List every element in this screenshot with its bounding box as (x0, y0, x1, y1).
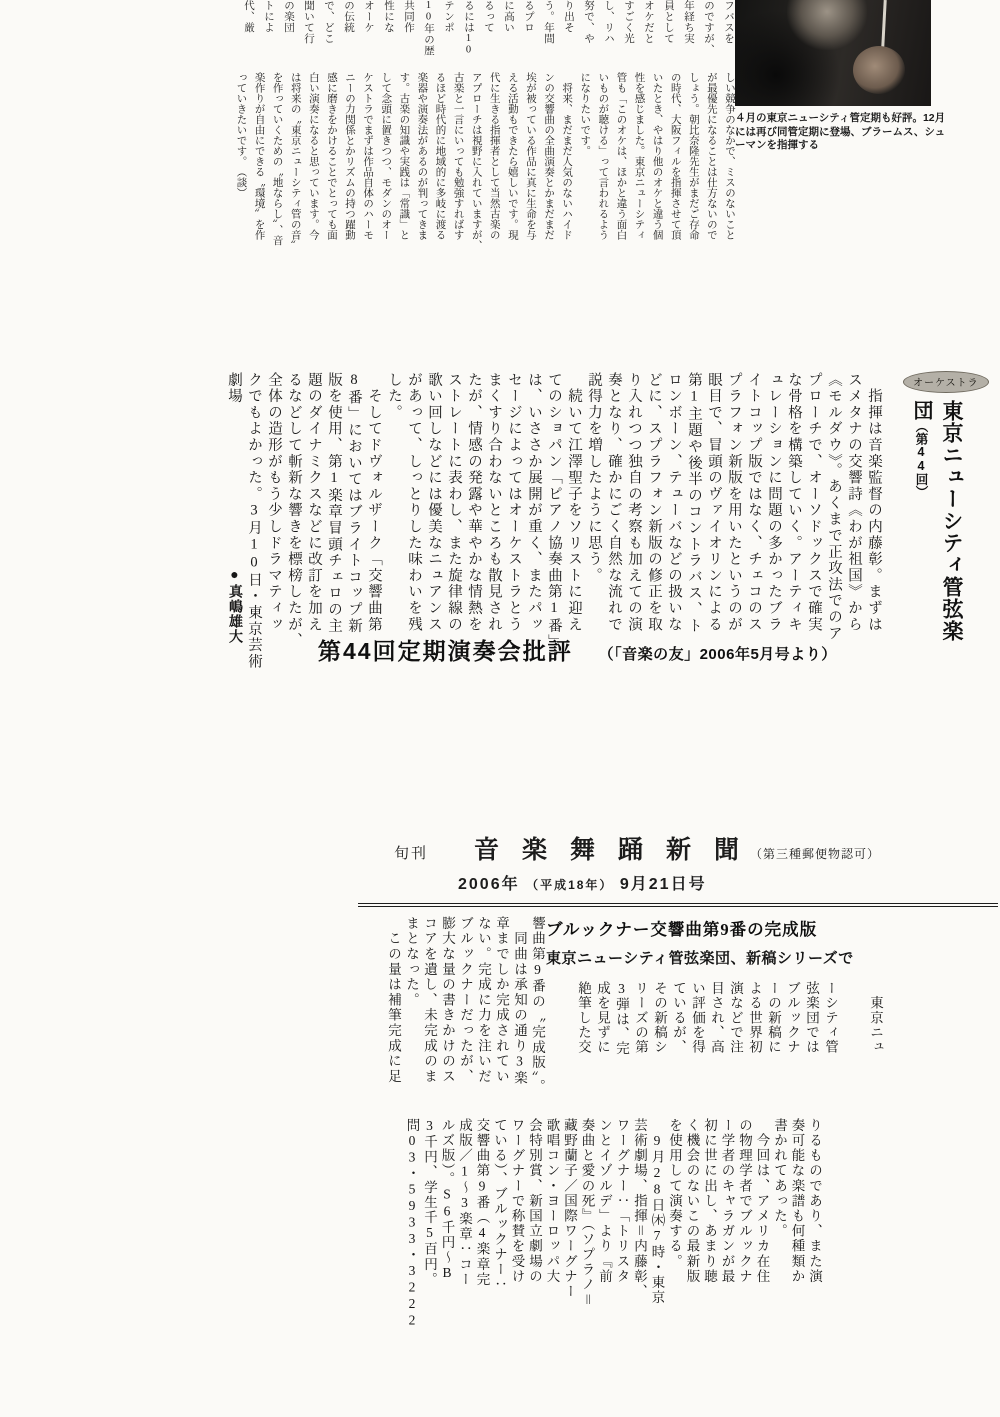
text-column: は将来の〝東京ニューシティ管の音〟 (286, 72, 304, 250)
text-column: 章までしか完成されてい (492, 916, 510, 1114)
text-column: ンとイゾルデ」より『前 (596, 1118, 614, 1310)
cutoff-column: のですが、 (698, 0, 718, 58)
text-column: 版を使用、第1楽章冒頭チェロの主 (324, 372, 344, 644)
text-column: な骨格を構築していく。アーティキ (784, 372, 804, 644)
text-column: して念頭に置きつつ、モダンのオー (376, 72, 394, 250)
hand-shape (853, 46, 905, 94)
text-column: 性を感じました。東京ニューシティ (629, 72, 647, 250)
text-column: い評価を得 (688, 981, 707, 1061)
cutoff-column: テンポ (438, 0, 458, 58)
text-column: セージによってはオーケストラとう (504, 372, 524, 644)
text-column: の時代、大阪フィルを指揮させて頂 (666, 72, 684, 250)
text-column: 奏曲と愛の死』（ソプラノ＝ (578, 1118, 596, 1310)
orchestra-badge: オーケストラ (903, 371, 989, 393)
text-column: ブルックナーだったが、 (456, 916, 474, 1114)
issue-day: 9月21日号 (620, 876, 707, 893)
cutoff-column: 共同作 (398, 0, 418, 58)
text-column: しょう。朝比奈隆先生がまだご存命 (684, 72, 702, 250)
issue-era: （平成18年） (526, 878, 613, 892)
cutoff-column: 努で、や (578, 0, 598, 58)
text-column: ワーグナー：「トリスタ (613, 1118, 631, 1310)
text-column: 古楽と一言にいっても勉強すればす (449, 72, 467, 250)
text-column: ている）、ブルックナー： (491, 1118, 509, 1310)
text-column: ーの新稿に (764, 981, 783, 1061)
text-column: まとなった。 (402, 916, 420, 1114)
conductor-photo (735, 0, 931, 106)
text-column: す。古楽の知識や実践は「常識」と (394, 72, 412, 250)
text-column: リーズの第 (631, 981, 650, 1061)
text-column: 楽器や演奏法があるのが判ってきま (412, 72, 430, 250)
masthead-row: 旬刊 音楽舞踊新聞 （第三種郵便物認可） (358, 830, 998, 866)
text-column: 同曲は承知の通り3楽 (510, 916, 528, 1114)
text-column: 弦楽団では (802, 981, 821, 1061)
text-column: ない。完成に力を注いだ (474, 916, 492, 1114)
newspaper-masthead: 音楽舞踊新聞 (474, 830, 762, 866)
text-column: 3弾は、完 (612, 981, 631, 1061)
masthead-divider-rule (358, 903, 998, 907)
text-column: 芸術劇場、指揮＝内藤彰、 (631, 1118, 649, 1310)
cutoff-column: オーケ (358, 0, 378, 58)
text-column: の物理学者でブルックナ (736, 1118, 754, 1310)
text-column: るほど時代的に地域的に多岐に渡る (430, 72, 448, 250)
text-column: そしてドヴォルザーク「交響曲第 (364, 372, 384, 644)
text-column: まくすり合わないところも散見され (484, 372, 504, 644)
cutoff-column: 代、厳 (238, 0, 258, 58)
newspaper-clipping: 旬刊 音楽舞踊新聞 （第三種郵便物認可） 2006年 （平成18年） 9月21日… (358, 830, 998, 1310)
text-column: があって、しっとりした味わいを残 (404, 372, 424, 644)
cutoff-column: るには10 (458, 0, 478, 58)
orchestra-name-line2: 団 (910, 400, 932, 420)
text-column: 8番」においてはブライトコップ新 (344, 372, 364, 644)
postal-approval-note: （第三種郵便物認可） (750, 845, 880, 862)
text-column: 感に磨きをかけることでとっても面 (322, 72, 340, 250)
article-subheadline: 東京ニューシティ管弦楽団、新稿シリーズで (546, 947, 885, 968)
review-text-band: 指揮は音楽監督の内藤彰。まずはスメタナの交響詩《わが祖国》から《モルダウ》。あく… (222, 372, 884, 644)
cutoff-column: の伝統 (338, 0, 358, 58)
text-column: 交響曲第9番（4楽章完 (473, 1118, 491, 1310)
text-column: プラフォン新版を用いたというのが (724, 372, 744, 644)
text-column: 膨大な量の書きかけのス (438, 916, 456, 1114)
text-column: を使用して演奏する。 (666, 1118, 684, 1310)
text-column: 第1主題や後半のコントラバス、ト (684, 372, 704, 644)
text-column: その新稿シ (650, 981, 669, 1061)
text-column: ワーグナーで称賛を受け (508, 1118, 526, 1310)
text-column: ルズ版）。S6千円～B (438, 1118, 456, 1310)
text-column: スメタナの交響詩《わが祖国》から (844, 372, 864, 644)
cutoff-column: 性にな (378, 0, 398, 58)
cutoff-column: るって (478, 0, 498, 58)
text-column: クでもよかった。3月10日・東京芸術 (244, 372, 264, 644)
article-lead-columns: 東京ニューシティ管弦楽団ではブルックナーの新稿による世界初演などで注目され、高い… (546, 981, 885, 1061)
text-column: 続いて江澤聖子をソリストに迎え (564, 372, 584, 644)
text-column: いたとき、やはり他のオケと違う個 (648, 72, 666, 250)
text-column: は、いささか展開が重く、またパッ (524, 372, 544, 644)
text-column: アプローチは視野に入れていますが、 (467, 72, 485, 250)
cutoff-column: るプロ (518, 0, 538, 58)
text-column: が最優先になることは仕方ないので (702, 72, 720, 250)
reviewer-byline: ●真嶋雄大 (224, 568, 244, 644)
orchestra-name-line1: 東京ニューシティ管弦楽 (940, 400, 963, 642)
text-column: 成を見ずに (593, 981, 612, 1061)
text-column: 代に生きる指揮者として当然古楽の (485, 72, 503, 250)
text-column: 3千円、学生千5百円。 (421, 1118, 439, 1310)
text-column: 今回は、アメリカ在住 (753, 1118, 771, 1310)
cutoff-column-band: ンティ管フバスをのですが、年経ち実員としてオケだとすごく光し、リハ努で、やり出そ… (233, 0, 758, 58)
text-column: 絶筆した交 (574, 981, 593, 1061)
text-column: 書かれてあった。 (771, 1118, 789, 1310)
article-upper-block: 響曲第9番の〝完成版〟。 同曲は承知の通り3楽章までしか完成されていない。完成に… (378, 916, 885, 1114)
text-column: ュレーションに問題の多かったブラ (764, 372, 784, 644)
cutoff-column: トによ (258, 0, 278, 58)
concert-number: （第44回） (914, 420, 928, 498)
publication-frequency: 旬刊 (394, 842, 428, 863)
text-column: 《モルダウ》。あくまで正攻法でのア (824, 372, 844, 644)
text-column: 奏となり、確かにごく自然な流れで (604, 372, 624, 644)
text-column: いものが聴ける」って言われるよう (593, 72, 611, 250)
orchestra-name: 東京ニューシティ管弦楽 団（第44回） (907, 400, 966, 645)
text-column: 管も「このオケは、ほかと違う面白 (611, 72, 629, 250)
text-column: 問03・5933・3222 (403, 1118, 421, 1310)
text-column: 9月28日㈭7時・東京 (648, 1118, 666, 1310)
cutoff-column: で、どこ (318, 0, 338, 58)
text-column: ー学者のキャラガンが最 (718, 1118, 736, 1310)
text-column: 演などで注 (726, 981, 745, 1061)
issue-year: 2006年 (458, 876, 520, 893)
text-column: 楽作りが自由にできる〝環境〟を作 (249, 72, 267, 250)
text-column: した。 (384, 372, 404, 644)
text-column: 眼目で、冒頭のヴァイオリンによる (704, 372, 724, 644)
scanned-press-page: { "colors":{"paper":"#fbfaf7","ink":"#1c… (0, 0, 1000, 1417)
text-column: てのショパン「ピアノ協奏曲第1番」 (544, 372, 564, 644)
review-headline: 第44回定期演奏会批評 （「音楽の友」2006年5月号より） (318, 633, 837, 666)
text-column: 会特別賞、新国立劇場の (526, 1118, 544, 1310)
cutoff-column: う。年間 (538, 0, 558, 58)
review-headline-text: 第44回定期演奏会批評 (318, 633, 573, 666)
text-column: り入れつつ独自の考察も加えての演 (624, 372, 644, 644)
text-column: ストレートに表わし、また旋律線の (444, 372, 464, 644)
text-column: ロンボーン、テューバなどの扱いな (664, 372, 684, 644)
text-column: コアを遺し、未完成のま (420, 916, 438, 1114)
text-column: 埃が被っている作品に真に生命を与 (521, 72, 539, 250)
text-column: 奏可能な楽譜も何種類か (788, 1118, 806, 1310)
text-column: 題のダイナミクスなどに改訂を加え (304, 372, 324, 644)
text-column: 歌い回しなどには優美なニュアンス (424, 372, 444, 644)
text-column: 白い演奏になると思っています。今 (304, 72, 322, 250)
cutoff-column: 10年の歴 (418, 0, 438, 58)
text-column: るなどして斬新な響きを標榜したが、 (284, 372, 304, 644)
photo-face-highlight (787, 0, 867, 50)
article-left-columns: 響曲第9番の〝完成版〟。 同曲は承知の通り3楽章までしか完成されていない。完成に… (378, 916, 546, 1114)
text-column: 説得力を増したように思う。 (584, 372, 604, 644)
text-column: 響曲第9番の〝完成版〟。 (528, 916, 546, 1114)
issue-date: 2006年 （平成18年） 9月21日号 (458, 871, 998, 894)
cutoff-column: オケだと (638, 0, 658, 58)
text-column: ているが、 (669, 981, 688, 1061)
text-column: ンの交響曲の全曲演奏とかまだまだ (539, 72, 557, 250)
last-column-with-byline: 劇場 ●真嶋雄大 (224, 372, 244, 644)
article-body-columns: りるものであり、また演奏可能な楽譜も何種類か書かれてあった。 今回は、アメリカ在… (378, 1118, 823, 1310)
text-column: よる世界初 (745, 981, 764, 1061)
cutoff-column: 員として (658, 0, 678, 58)
photo-caption: ４月の東京ニューシティ管定期も好評。12月には再び同管定期に登場、ブラームス、シ… (735, 112, 953, 153)
cutoff-column: 聞いて行 (298, 0, 318, 58)
text-column: 将来、まだまだ人気のないハイド (557, 72, 575, 250)
text-column: ブルックナ (783, 981, 802, 1061)
text-column: ーシティ管 (821, 981, 840, 1061)
text-column: プローチで、オーソドックスで確実 (804, 372, 824, 644)
orchestra-title-block: オーケストラ 東京ニューシティ管弦楽 団（第44回） (903, 371, 997, 641)
text-column: りるものであり、また演 (806, 1118, 824, 1310)
text-column: 歌唱コン・ヨーロッパ大 (543, 1118, 561, 1310)
cutoff-column: 年経ち実 (678, 0, 698, 58)
text-column: 藏野蘭子／国際ワーグナー (561, 1118, 579, 1310)
text-column: を作っていくための〝地ならし〟、音 (268, 72, 286, 250)
text-column: える活動もできたら嬉しいです。現 (503, 72, 521, 250)
cutoff-column: し、リハ (598, 0, 618, 58)
cutoff-column: すごく光 (618, 0, 638, 58)
interview-text-band: しい競争のなかで、ミスのないことが最優先になることは仕方ないのでしょう。朝比奈隆… (230, 72, 738, 250)
newspaper-article: 響曲第9番の〝完成版〟。 同曲は承知の通り3楽章までしか完成されていない。完成に… (378, 916, 885, 1310)
cutoff-column: り出そ (558, 0, 578, 58)
text-column: 指揮は音楽監督の内藤彰。まずは (864, 372, 884, 644)
text-column: 東京ニュ (866, 981, 885, 1061)
text-column: ケストラでまずは作品自体のハーモ (358, 72, 376, 250)
cutoff-column: に高い (498, 0, 518, 58)
cutoff-column: の楽団 (278, 0, 298, 58)
last-column-text: 劇場 (226, 372, 242, 405)
text-column: どに、スプラフォン新版の修正を取 (644, 372, 664, 644)
text-column: たが、情感の発露や華やかな情熱を (464, 372, 484, 644)
text-column: っていきたいです。 （談） (231, 72, 249, 250)
review-headline-source: （「音楽の友」2006年5月号より） (599, 643, 837, 664)
article-right-block: ブルックナー交響曲第9番の完成版 東京ニューシティ管弦楽団、新稿シリーズで 東京… (546, 916, 885, 1114)
text-column: く機会のないこの最新版 (683, 1118, 701, 1310)
text-column: になりたいです。 (575, 72, 593, 250)
text-column: 成版／1～3楽章：コー (456, 1118, 474, 1310)
text-column: 目され、高 (707, 981, 726, 1061)
article-headline: ブルックナー交響曲第9番の完成版 (546, 916, 885, 940)
text-column: 全体の造形がもう少しドラマティッ (264, 372, 284, 644)
text-column: 初に世に出し、あまり聴 (701, 1118, 719, 1310)
text-column: この量は補筆完成に足 (384, 916, 402, 1114)
text-column: イトコップ版ではなく、チェコのス (744, 372, 764, 644)
text-column: ニーの力関係とかリズムの持つ躍動 (340, 72, 358, 250)
